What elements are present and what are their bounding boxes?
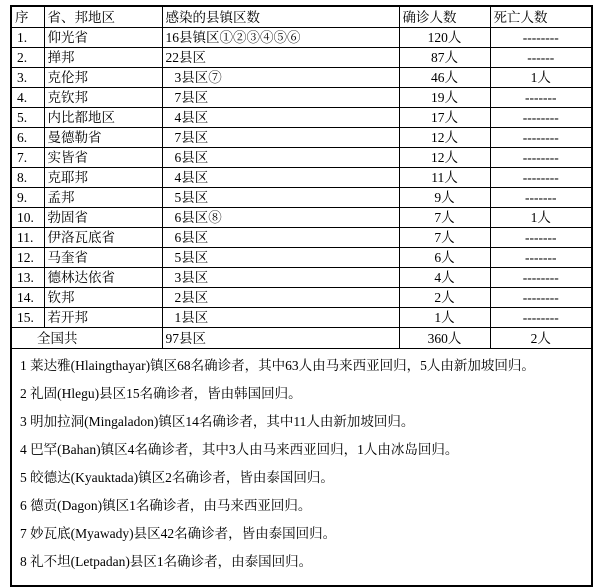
cell-deaths: ------ [490,48,592,68]
cell-no: 1. [11,28,44,48]
table-row: 5. 内比都地区 4县区 17人 -------- [11,108,592,128]
cell-districts: 2县区 [162,288,399,308]
table-row: 8. 克耶邦 4县区 11人 -------- [11,168,592,188]
cell-no: 11. [11,228,44,248]
cell-region: 克伦邦 [44,68,162,88]
cell-deaths: -------- [490,168,592,188]
cell-no: 10. [11,208,44,228]
cell-deaths: -------- [490,28,592,48]
cell-districts: 3县区 [162,268,399,288]
table-row: 15. 若开邦 1县区 1人 -------- [11,308,592,328]
col-header-confirmed: 确诊人数 [399,6,490,28]
cell-deaths: ------- [490,228,592,248]
cell-no: 3. [11,68,44,88]
cell-confirmed: 17人 [399,108,490,128]
cell-confirmed: 9人 [399,188,490,208]
cell-confirmed: 2人 [399,288,490,308]
total-row: 全国共 97县区 360人 2人 [11,328,592,349]
cell-deaths: ------- [490,248,592,268]
cell-region: 若开邦 [44,308,162,328]
cell-districts: 6县区⑧ [162,208,399,228]
table-row: 14. 钦邦 2县区 2人 -------- [11,288,592,308]
cell-region: 仰光省 [44,28,162,48]
covid-region-table: 序 省、邦地区 感染的县镇区数 确诊人数 死亡人数 1. 仰光省 16县镇区①②… [10,5,593,587]
cell-confirmed: 12人 [399,148,490,168]
notes-section: 1 莱达雅(Hlaingthayar)镇区68名确诊者，其中63人由马来西亚回归… [11,349,592,587]
cell-districts: 3县区⑦ [162,68,399,88]
cell-deaths: -------- [490,288,592,308]
cell-no: 5. [11,108,44,128]
cell-no: 7. [11,148,44,168]
table-row: 1. 仰光省 16县镇区①②③④⑤⑥ 120人 -------- [11,28,592,48]
cell-region: 马奎省 [44,248,162,268]
col-header-districts: 感染的县镇区数 [162,6,399,28]
cell-confirmed: 7人 [399,208,490,228]
total-districts-cell: 97县区 [162,328,399,349]
table-row: 9. 孟邦 5县区 9人 ------- [11,188,592,208]
col-header-no: 序 [11,6,44,28]
table-row: 11. 伊洛瓦底省 6县区 7人 ------- [11,228,592,248]
cell-districts: 6县区 [162,228,399,248]
cell-confirmed: 12人 [399,128,490,148]
note-item: 5 皎德达(Kyauktada)镇区2名确诊者，皆由泰国回归。 [20,470,583,485]
cell-no: 6. [11,128,44,148]
table-row: 4. 克钦邦 7县区 19人 ------- [11,88,592,108]
table-row: 3. 克伦邦 3县区⑦ 46人 1人 [11,68,592,88]
table-row: 7. 实皆省 6县区 12人 -------- [11,148,592,168]
cell-region: 掸邦 [44,48,162,68]
note-item: 1 莱达雅(Hlaingthayar)镇区68名确诊者，其中63人由马来西亚回归… [20,358,583,373]
table-row: 6. 曼德勒省 7县区 12人 -------- [11,128,592,148]
cell-confirmed: 87人 [399,48,490,68]
cell-districts: 1县区 [162,308,399,328]
cell-districts: 5县区 [162,248,399,268]
notes-row: 1 莱达雅(Hlaingthayar)镇区68名确诊者，其中63人由马来西亚回归… [11,349,592,587]
cell-deaths: 1人 [490,68,592,88]
cell-districts: 22县区 [162,48,399,68]
cell-region: 勃固省 [44,208,162,228]
cell-region: 克钦邦 [44,88,162,108]
note-item: 7 妙瓦底(Myawady)县区42名确诊者，皆由泰国回归。 [20,526,583,541]
cell-deaths: -------- [490,308,592,328]
cell-region: 德林达依省 [44,268,162,288]
cell-region: 克耶邦 [44,168,162,188]
note-item: 6 德贡(Dagon)镇区1名确诊者，由马来西亚回归。 [20,498,583,513]
cell-region: 伊洛瓦底省 [44,228,162,248]
note-item: 2 礼固(Hlegu)县区15名确诊者，皆由韩国回归。 [20,386,583,401]
total-deaths-cell: 2人 [490,328,592,349]
table-row: 13. 德林达依省 3县区 4人 -------- [11,268,592,288]
cell-confirmed: 19人 [399,88,490,108]
table-header-row: 序 省、邦地区 感染的县镇区数 确诊人数 死亡人数 [11,6,592,28]
cell-region: 孟邦 [44,188,162,208]
cell-deaths: ------- [490,188,592,208]
cell-deaths: -------- [490,268,592,288]
cell-districts: 16县镇区①②③④⑤⑥ [162,28,399,48]
cell-no: 15. [11,308,44,328]
cell-no: 14. [11,288,44,308]
cell-districts: 4县区 [162,168,399,188]
note-item: 4 巴罕(Bahan)镇区4名确诊者，其中3人由马来西亚回归，1人由冰岛回归。 [20,442,583,457]
cell-region: 曼德勒省 [44,128,162,148]
cell-districts: 7县区 [162,88,399,108]
total-confirmed-cell: 360人 [399,328,490,349]
cell-confirmed: 120人 [399,28,490,48]
col-header-region: 省、邦地区 [44,6,162,28]
cell-no: 12. [11,248,44,268]
cell-deaths: ------- [490,88,592,108]
cell-confirmed: 6人 [399,248,490,268]
cell-districts: 5县区 [162,188,399,208]
cell-no: 2. [11,48,44,68]
cell-districts: 6县区 [162,148,399,168]
note-item: 3 明加拉洞(Mingaladon)镇区14名确诊者，其中11人由新加坡回归。 [20,414,583,429]
col-header-deaths: 死亡人数 [490,6,592,28]
cell-deaths: -------- [490,108,592,128]
cell-no: 4. [11,88,44,108]
cell-no: 13. [11,268,44,288]
cell-region: 钦邦 [44,288,162,308]
total-label: 全国共 [11,328,162,349]
note-item: 8 礼不坦(Letpadan)县区1名确诊者，由泰国回归。 [20,554,583,569]
cell-region: 实皆省 [44,148,162,168]
cell-no: 8. [11,168,44,188]
cell-confirmed: 46人 [399,68,490,88]
cell-no: 9. [11,188,44,208]
cell-confirmed: 1人 [399,308,490,328]
cell-deaths: 1人 [490,208,592,228]
cell-districts: 7县区 [162,128,399,148]
cell-deaths: -------- [490,128,592,148]
table-row: 12. 马奎省 5县区 6人 ------- [11,248,592,268]
cell-region: 内比都地区 [44,108,162,128]
cell-confirmed: 7人 [399,228,490,248]
cell-districts: 4县区 [162,108,399,128]
cell-deaths: -------- [490,148,592,168]
cell-confirmed: 11人 [399,168,490,188]
table-row: 2. 掸邦 22县区 87人 ------ [11,48,592,68]
table-row: 10. 勃固省 6县区⑧ 7人 1人 [11,208,592,228]
table-body: 1. 仰光省 16县镇区①②③④⑤⑥ 120人 -------- 2. 掸邦 2… [11,28,592,328]
cell-confirmed: 4人 [399,268,490,288]
